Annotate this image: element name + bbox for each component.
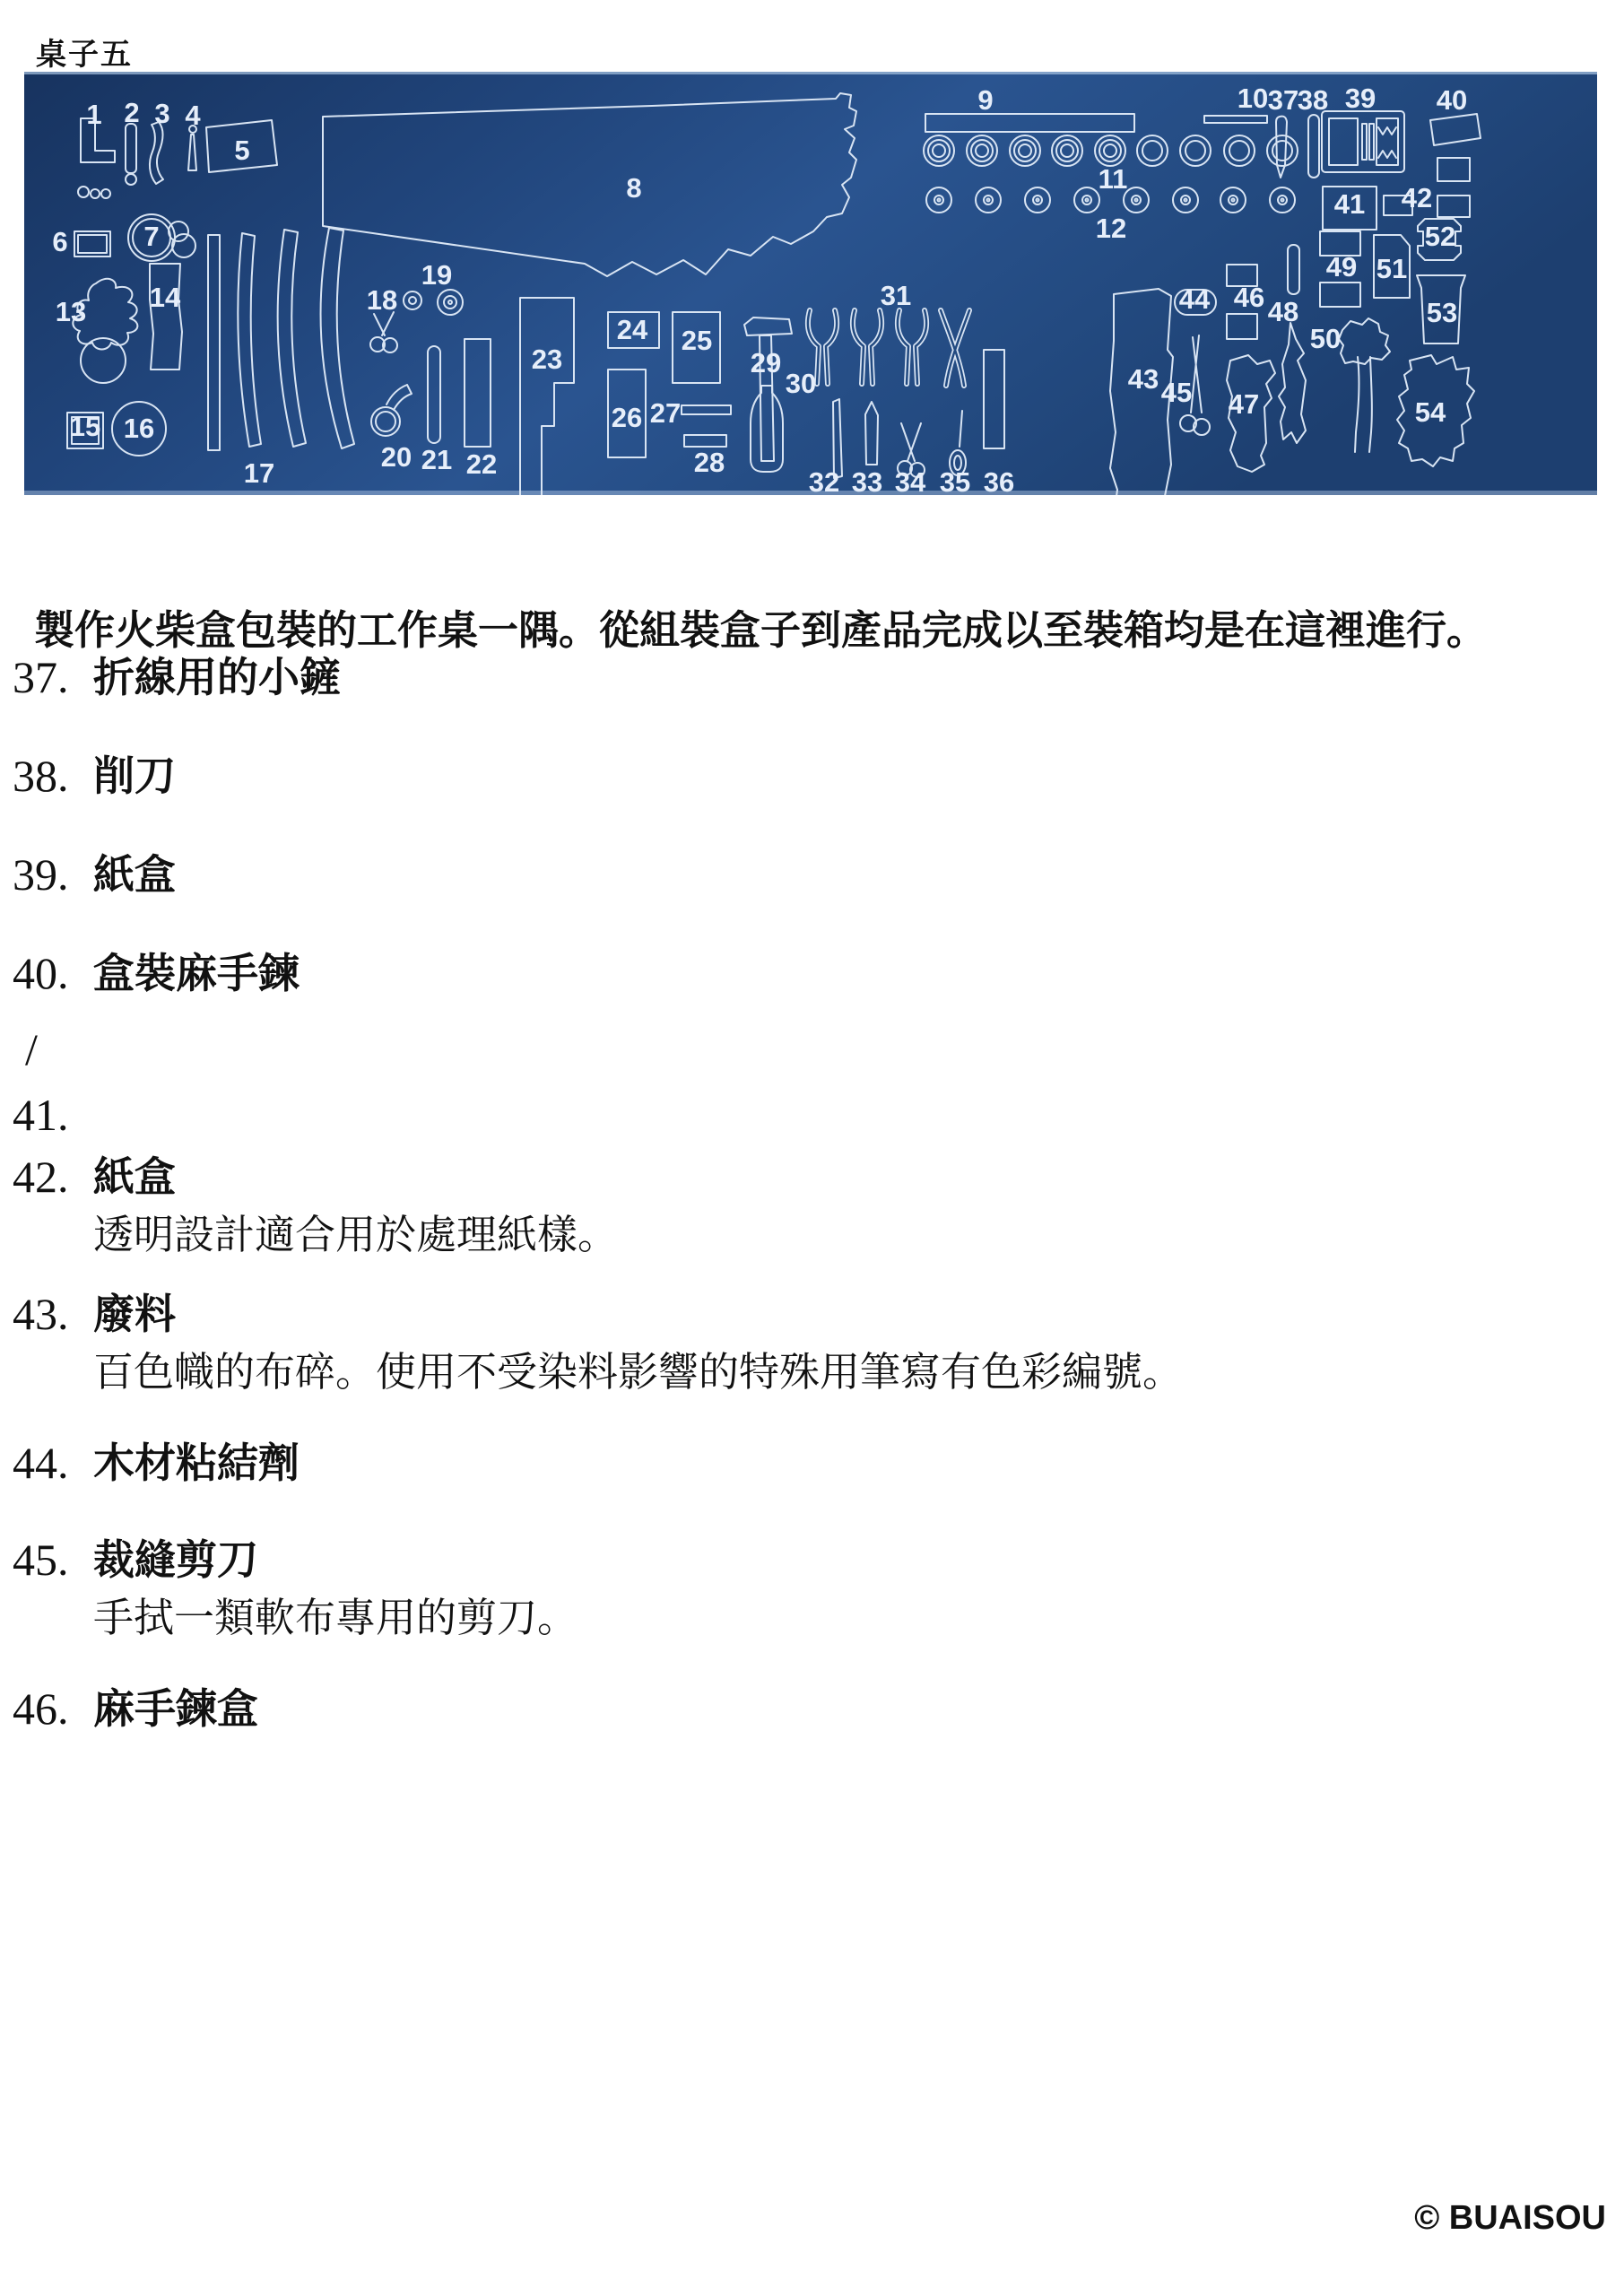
- diagram-label-5: 5: [234, 135, 249, 166]
- diagram-label-33: 33: [852, 466, 882, 495]
- diagram-label-9: 9: [977, 84, 993, 116]
- item-number: 41.: [13, 1091, 93, 1140]
- diagram-label-21: 21: [421, 444, 452, 475]
- diagram-label-52: 52: [1425, 221, 1455, 252]
- diagram-label-35: 35: [940, 466, 970, 495]
- diagram-label-6: 6: [52, 226, 67, 257]
- diagram-label-10: 10: [1238, 83, 1268, 114]
- workbench-diagram: 1234567891011121314151617181920212223242…: [24, 72, 1597, 495]
- diagram-label-32: 32: [809, 466, 839, 495]
- page-title: 桌子五: [36, 30, 133, 74]
- diagram-label-47: 47: [1229, 388, 1259, 420]
- diagram-label-19: 19: [421, 259, 452, 291]
- diagram-label-13: 13: [56, 296, 86, 327]
- diagram-label-16: 16: [124, 413, 154, 444]
- diagram-label-15: 15: [70, 411, 100, 442]
- item-number: 43.: [13, 1290, 93, 1339]
- diagram-label-44: 44: [1179, 283, 1211, 315]
- diagram-label-20: 20: [381, 441, 412, 473]
- diagram-label-48: 48: [1268, 296, 1298, 327]
- item-title: 紙盒: [93, 850, 1597, 900]
- list-item: 39. 紙盒: [13, 850, 1597, 900]
- list-item: 38. 削刀: [13, 752, 1597, 801]
- item-title: 折線用的小鏟: [93, 653, 1597, 702]
- diagram-label-4: 4: [185, 100, 201, 131]
- item-title: 紙盒: [93, 1152, 1597, 1202]
- item-number: 42.: [13, 1152, 93, 1202]
- list-item: 45. 裁縫剪刀 手拭一類軟布專用的剪刀。: [13, 1535, 1597, 1642]
- diagram-label-53: 53: [1427, 297, 1457, 328]
- diagram-label-49: 49: [1326, 251, 1357, 283]
- diagram-label-29: 29: [751, 347, 781, 378]
- diagram-label-8: 8: [626, 172, 641, 204]
- diagram-label-45: 45: [1161, 377, 1192, 408]
- diagram-label-30: 30: [786, 368, 816, 399]
- diagram-label-27: 27: [650, 397, 681, 429]
- diagram-label-23: 23: [532, 344, 562, 375]
- item-number: 38.: [13, 752, 93, 801]
- diagram-label-25: 25: [682, 325, 712, 356]
- diagram-label-22: 22: [466, 448, 497, 480]
- diagram-label-3: 3: [154, 98, 169, 129]
- diagram-label-7: 7: [143, 221, 159, 252]
- item-desc: 透明設計適合用於處理紙樣。: [93, 1211, 1597, 1259]
- diagram-label-50: 50: [1310, 323, 1341, 354]
- diagram-label-38: 38: [1298, 84, 1328, 116]
- diagram-label-31: 31: [881, 280, 911, 311]
- item-title: 盒裝麻手鍊: [93, 949, 1597, 998]
- diagram-label-18: 18: [367, 284, 397, 316]
- item-title: 木材粘結劑: [93, 1439, 1597, 1488]
- item-desc: 手拭一類軟布專用的剪刀。: [93, 1594, 1597, 1642]
- diagram-label-14: 14: [150, 282, 181, 313]
- item-number: 37.: [13, 653, 93, 702]
- diagram-label-28: 28: [694, 447, 725, 478]
- item-desc: 百色幟的布碎。使用不受染料影響的特殊用筆寫有色彩編號。: [93, 1348, 1597, 1396]
- item-number: 44.: [13, 1439, 93, 1488]
- list-item: 44. 木材粘結劑: [13, 1439, 1597, 1488]
- diagram-label-39: 39: [1345, 83, 1376, 114]
- diagram-label-11: 11: [1099, 163, 1128, 195]
- item-title: 裁縫剪刀: [93, 1535, 1597, 1585]
- copyright-notice: © BUAISOU: [1414, 2199, 1606, 2238]
- diagram-label-12: 12: [1096, 213, 1126, 244]
- diagram-label-51: 51: [1376, 253, 1407, 284]
- diagram-label-1: 1: [86, 99, 101, 130]
- diagram-label-43: 43: [1128, 363, 1159, 395]
- diagram-label-46: 46: [1234, 282, 1264, 313]
- item-number: 39.: [13, 850, 93, 900]
- item-number: 40.: [13, 949, 93, 998]
- item-number: /: [13, 1025, 93, 1074]
- diagram-label-24: 24: [617, 314, 648, 345]
- diagram-label-42: 42: [1402, 182, 1432, 213]
- diagram-label-41: 41: [1334, 188, 1365, 220]
- figure-caption: 製作火柴盒包裝的工作桌一隅。從組裝盒子到產品完成以至裝箱均是在這裡進行。: [34, 605, 1597, 656]
- list-item: 43. 廢料 百色幟的布碎。使用不受染料影響的特殊用筆寫有色彩編號。: [13, 1290, 1597, 1396]
- item-title: 麻手鍊盒: [93, 1684, 1597, 1734]
- diagram-label-34: 34: [895, 466, 926, 495]
- diagram-label-17: 17: [244, 457, 274, 489]
- list-item: 37. 折線用的小鏟: [13, 653, 1597, 702]
- diagram-label-26: 26: [612, 402, 642, 433]
- diagram-label-37: 37: [1268, 84, 1298, 116]
- list-item: 46. 麻手鍊盒: [13, 1684, 1597, 1734]
- diagram-label-36: 36: [984, 466, 1014, 495]
- scan-edge-top: [24, 72, 1597, 74]
- item-title: 削刀: [93, 752, 1597, 801]
- diagram-label-40: 40: [1437, 84, 1467, 116]
- blueprint-figure: 1234567891011121314151617181920212223242…: [24, 72, 1597, 495]
- list-item: 42. 紙盒 透明設計適合用於處理紙樣。: [13, 1152, 1597, 1259]
- list-item: /: [13, 1025, 1597, 1074]
- document-page: 桌子五: [0, 0, 1624, 2296]
- diagram-label-54: 54: [1415, 396, 1446, 428]
- item-title: 廢料: [93, 1290, 1597, 1339]
- item-number: 45.: [13, 1535, 93, 1585]
- list-item: 41.: [13, 1091, 1597, 1140]
- list-item: 40. 盒裝麻手鍊: [13, 949, 1597, 998]
- item-number: 46.: [13, 1684, 93, 1734]
- diagram-label-2: 2: [124, 97, 139, 128]
